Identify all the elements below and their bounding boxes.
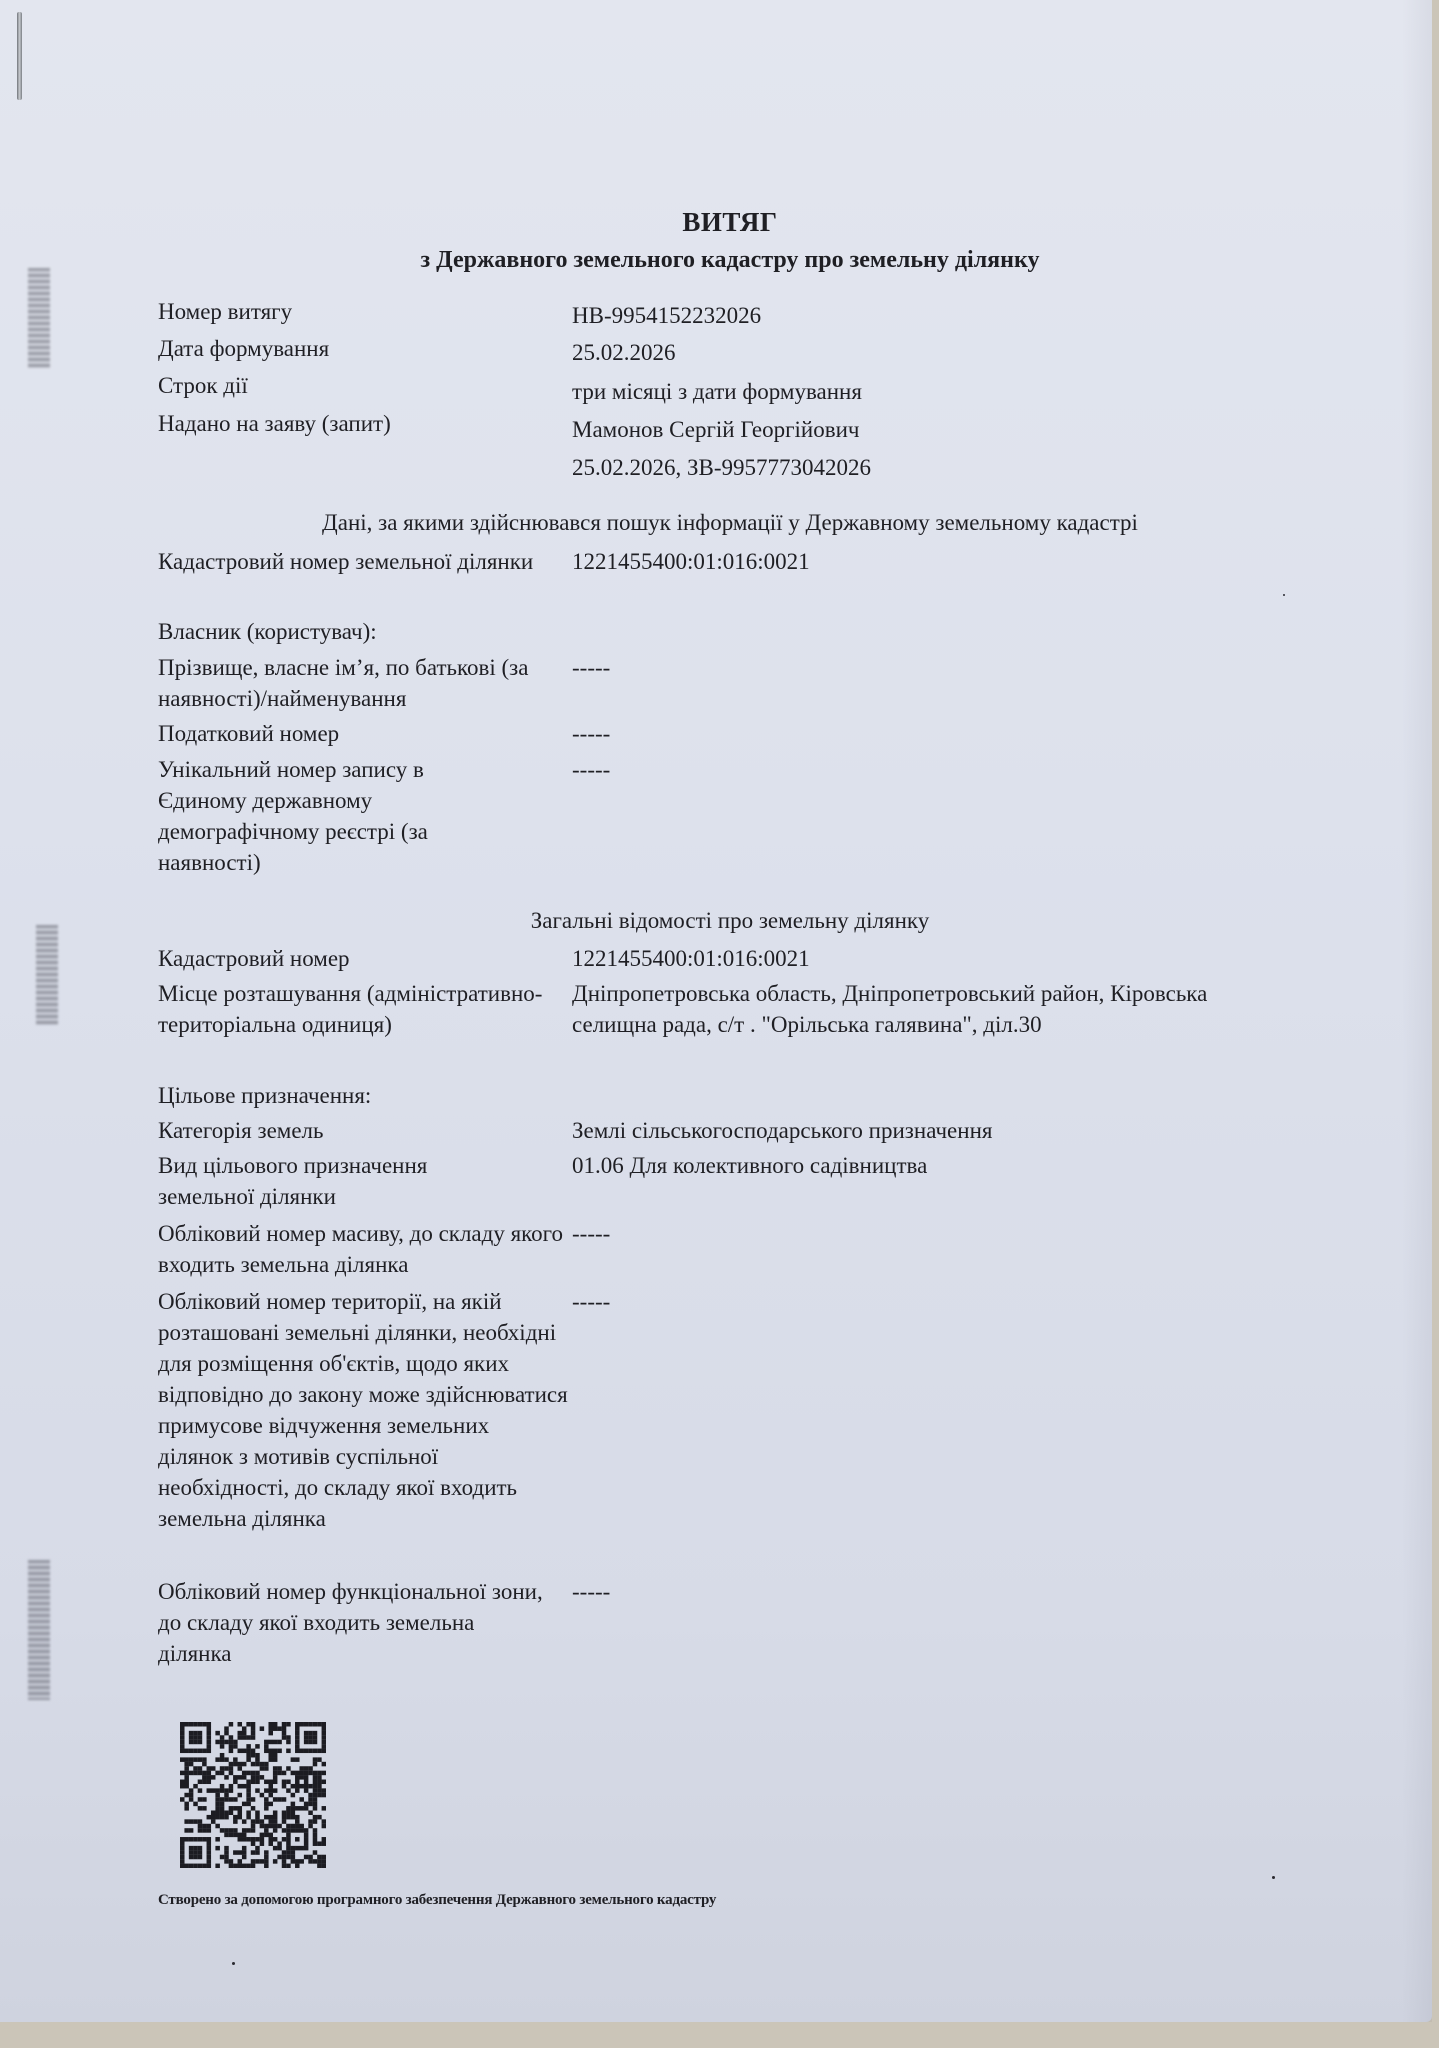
section-heading-general: Загальні відомості про земельну ділянку bbox=[0, 908, 1439, 934]
field-label: Унікальний номер запису в Єдиному держав… bbox=[158, 754, 488, 878]
field-value: 25.02.2026 bbox=[572, 337, 1332, 368]
field-value-request-id: 25.02.2026, ЗВ-9957773042026 bbox=[572, 452, 1332, 483]
staple-icon bbox=[17, 12, 22, 100]
field-value: Землі сільськогосподарського призначення bbox=[572, 1115, 1332, 1146]
field-value: 1221455400:01:016:0021 bbox=[572, 546, 1332, 577]
field-label: Обліковий номер території, на якій розта… bbox=[158, 1286, 568, 1534]
field-label: Вид цільового призначення земельної діля… bbox=[158, 1150, 488, 1212]
field-value: ----- bbox=[572, 652, 1332, 683]
speck bbox=[232, 1962, 235, 1965]
field-label: Номер витягу bbox=[158, 296, 568, 327]
field-value: НВ-9954152232026 bbox=[572, 300, 1332, 331]
field-value: ----- bbox=[572, 1286, 1332, 1317]
field-value: 01.06 Для колективного садівництва bbox=[572, 1150, 1332, 1181]
binder-mark bbox=[36, 925, 58, 1025]
field-label: Категорія земель bbox=[158, 1115, 568, 1146]
field-label: Строк дії bbox=[158, 370, 568, 401]
field-value: Мамонов Сергій Георгійович bbox=[572, 414, 1332, 445]
field-value: три місяці з дати формування bbox=[572, 376, 1332, 407]
field-label: Цільове призначення: bbox=[158, 1080, 568, 1111]
speck bbox=[1272, 1876, 1275, 1879]
field-label: Кадастровий номер земельної ділянки bbox=[158, 546, 568, 577]
binder-mark bbox=[28, 1560, 50, 1700]
document-title: ВИТЯГ bbox=[0, 207, 1439, 238]
field-label: Надано на заяву (запит) bbox=[158, 408, 568, 439]
field-label: Дата формування bbox=[158, 333, 568, 364]
document-sheet: ВИТЯГ з Державного земельного кадастру п… bbox=[0, 0, 1432, 2022]
footer-created-by: Створено за допомогою програмного забезп… bbox=[158, 1892, 716, 1909]
field-value: ----- bbox=[572, 754, 1332, 785]
field-label: Обліковий номер функціональної зони, до … bbox=[158, 1576, 553, 1669]
field-label: Обліковий номер масиву, до складу якого … bbox=[158, 1218, 568, 1280]
field-value: 1221455400:01:016:0021 bbox=[572, 943, 1332, 974]
field-value: ----- bbox=[572, 1218, 1332, 1249]
section-heading-search: Дані, за якими здійснювався пошук інформ… bbox=[0, 510, 1439, 536]
field-label: Прізвище, власне ім’я, по батькові (за н… bbox=[158, 652, 568, 714]
field-value: ----- bbox=[572, 718, 1332, 749]
qr-code-icon bbox=[180, 1722, 326, 1868]
field-label: Кадастровий номер bbox=[158, 943, 568, 974]
binder-mark bbox=[28, 268, 50, 368]
field-label: Власник (користувач): bbox=[158, 616, 568, 647]
field-value: Дніпропетровська область, Дніпропетровсь… bbox=[572, 978, 1252, 1040]
field-value: ----- bbox=[572, 1576, 1332, 1607]
speck bbox=[1283, 594, 1285, 596]
document-subtitle: з Державного земельного кадастру про зем… bbox=[0, 247, 1439, 274]
field-label: Податковий номер bbox=[158, 718, 568, 749]
field-label: Місце розташування (адміністративно-тери… bbox=[158, 978, 548, 1040]
